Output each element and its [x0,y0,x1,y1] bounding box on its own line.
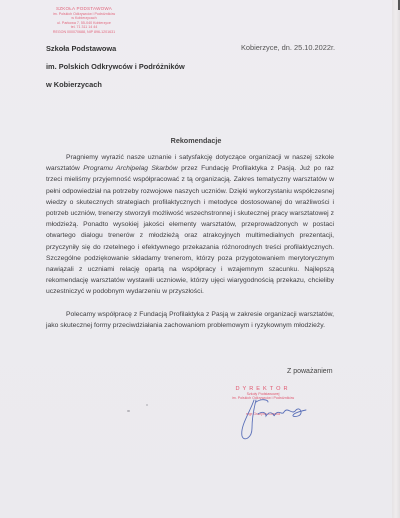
letter-title: Rekomendacje [0,136,392,145]
page-edge [392,0,400,518]
sender-line: Szkoła Podstawowa [46,44,185,62]
paragraph-2: Polecamy współpracę z Fundacją Profilakt… [46,309,334,331]
program-name: Programu Archipelag Skarbów [83,165,177,172]
sender-block: Szkoła Podstawowa im. Polskich Odkrywców… [46,44,185,98]
letter-date: Kobierzyce, dn. 25.10.2022r. [241,43,335,52]
sender-line: w Kobierzycach [46,80,185,98]
scan-speck [127,410,130,412]
school-letterhead-stamp: SZKOŁA PODSTAWOWA im. Polskich Odkrywców… [40,7,128,35]
sender-line: im. Polskich Odkrywców i Podróżników [46,62,185,80]
document-page: SZKOŁA PODSTAWOWA im. Polskich Odkrywców… [0,0,392,518]
paragraph-1: Pragniemy wyrazić nasze uznanie i satysf… [46,152,334,298]
paragraph-text: przez Fundację Profilaktyka z Pasją. Już… [46,165,334,295]
stamp-line: REGON 000070688, NIP 896-1201631 [40,30,128,35]
closing-salutation: Z poważaniem [287,368,333,375]
letter-body: Pragniemy wyrazić nasze uznanie i satysf… [46,152,334,331]
handwritten-signature-icon [232,392,312,442]
scan-speck [146,404,148,406]
